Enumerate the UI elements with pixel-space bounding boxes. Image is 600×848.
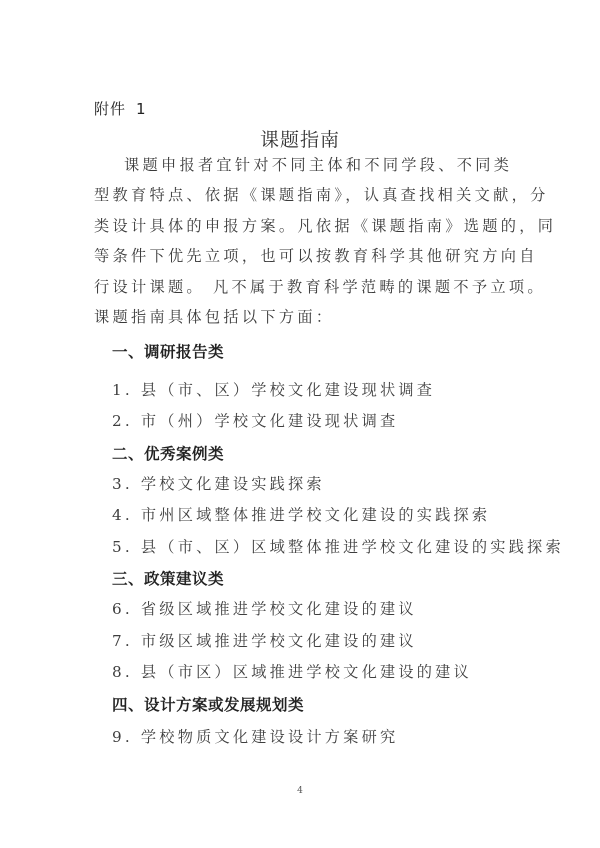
guide-item: 7. 市级区域推进学校文化建设的建议 (112, 630, 417, 651)
guide-item: 4. 市州区域整体推进学校文化建设的实践探索 (112, 504, 490, 525)
guide-item: 6. 省级区域推进学校文化建设的建议 (112, 598, 417, 619)
intro-line: 型教育特点、依据《课题指南》，认真查找相关文献，分 (94, 180, 508, 210)
attachment-label: 附件1 (94, 98, 147, 119)
section-heading-policy-suggestions: 三、政策建议类 (112, 567, 224, 589)
guide-item: 9. 学校物质文化建设设计方案研究 (112, 726, 398, 747)
guide-item: 5. 县（市、区）区域整体推进学校文化建设的实践探索 (112, 536, 564, 557)
guide-item: 2. 市（州）学校文化建设现状调查 (112, 410, 398, 431)
intro-line: 课题申报者宜针对不同主体和不同学段、不同类 (94, 150, 508, 180)
intro-line: 行设计课题。 凡不属于教育科学范畴的课题不予立项。 (94, 272, 508, 302)
guide-item: 3. 学校文化建设实践探索 (112, 473, 325, 494)
section-heading-design-plans: 四、设计方案或发展规划类 (112, 693, 304, 715)
document-page: 附件1 课题指南 课题申报者宜针对不同主体和不同学段、不同类 型教育特点、依据《… (0, 0, 600, 848)
page-number: 4 (0, 786, 600, 796)
section-heading-excellent-cases: 二、优秀案例类 (112, 442, 224, 464)
intro-line: 类设计具体的申报方案。凡依据《课题指南》选题的，同 (94, 211, 508, 241)
section-heading-research-report: 一、调研报告类 (112, 340, 224, 362)
attachment-number: 1 (136, 100, 147, 118)
guide-item: 8. 县（市区）区域推进学校文化建设的建议 (112, 661, 472, 682)
document-title: 课题指南 (0, 125, 600, 152)
guide-item: 1. 县（市、区）学校文化建设现状调查 (112, 379, 435, 400)
attachment-label-text: 附件 (94, 100, 126, 118)
intro-line: 等条件下优先立项，也可以按教育科学其他研究方向自 (94, 241, 508, 271)
intro-paragraph: 课题申报者宜针对不同主体和不同学段、不同类 型教育特点、依据《课题指南》，认真查… (94, 150, 508, 332)
intro-line: 课题指南具体包括以下方面： (94, 302, 508, 332)
